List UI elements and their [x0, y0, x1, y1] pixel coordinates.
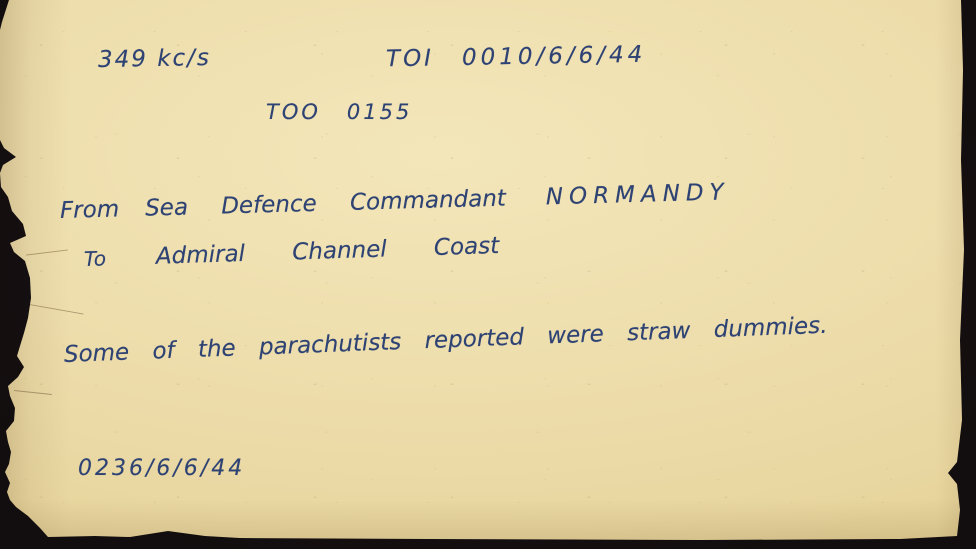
from-line: FromSea Defence CommandantNORMANDY [60, 179, 730, 224]
photo-backdrop: 349 kc/s TOI0010/6/6/44 TOO0155 FromSea … [0, 0, 976, 549]
paper-crease [14, 390, 52, 395]
to-label: To [84, 246, 107, 271]
too-label: TOO [266, 100, 321, 124]
to-value: Admiral Channel Coast [156, 233, 500, 270]
from-label: From [60, 196, 120, 224]
footer-time: 0236/6/6/44 [78, 456, 245, 481]
message-body: Some of the parachutists reported were s… [64, 313, 828, 368]
document-paper: 349 kc/s TOI0010/6/6/44 TOO0155 FromSea … [0, 0, 976, 549]
time-of-interception-line: TOI0010/6/6/44 [386, 42, 647, 73]
from-value: Sea Defence Commandant [145, 186, 506, 222]
toi-value: 0010/6/6/44 [462, 42, 647, 71]
paper-crease [20, 302, 83, 314]
frequency-line: 349 kc/s [98, 45, 211, 73]
too-value: 0155 [347, 100, 412, 124]
toi-label: TOI [386, 45, 434, 72]
time-of-origin-line: TOO0155 [266, 100, 412, 124]
to-line: ToAdmiral Channel Coast [84, 233, 500, 272]
from-place: NORMANDY [545, 179, 729, 210]
paper-crease [26, 249, 68, 255]
